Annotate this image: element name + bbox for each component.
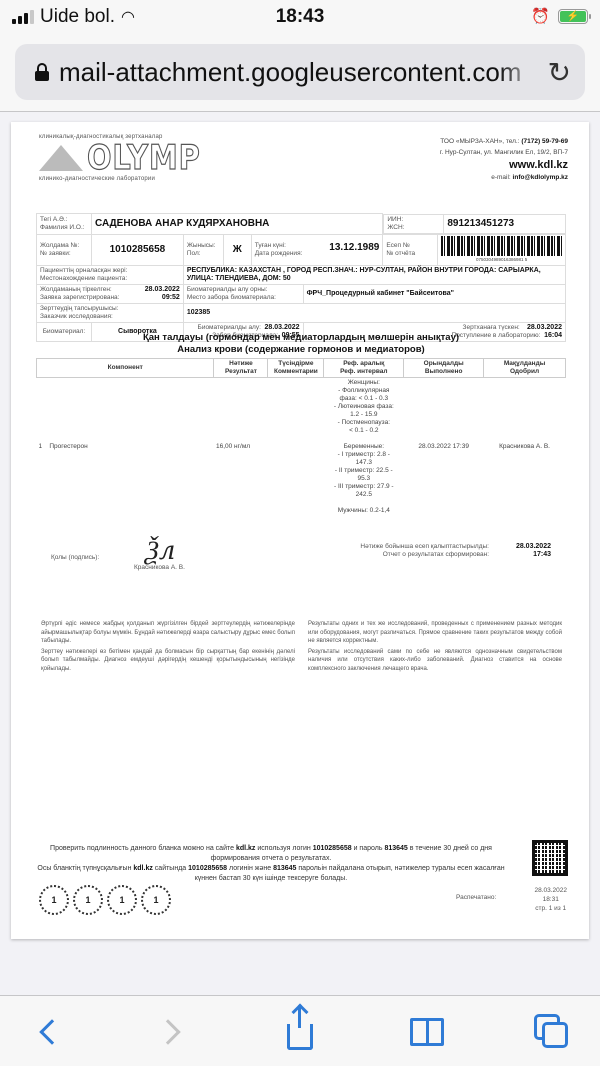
col-header-performed: ОрындалдыВыполнено [404,359,484,378]
reference-line: - III триместр: 27.9 - [326,483,402,491]
reference-line: 242.5 [326,491,402,499]
report-formed-date: 28.03.2022 [501,543,551,550]
certification-stamps: 1 1 1 1 [39,885,171,915]
battery-icon: ⚡ [558,9,588,24]
reference-line: - Лютеиновая фаза: [326,403,402,411]
reference-line: - Фолликулярная [326,387,402,395]
table-row: 1 Прогестерон 16,00 нг/мл Женщины:- Фолл… [37,378,566,517]
reference-line: Мужчины: 0.2-1,4 [326,507,402,515]
company-info: ТОО «МЫРЗА-ХАН», тел.: (7172) 59-79-69 г… [440,136,568,183]
reference-line: 147.3 [326,459,402,467]
registered-label-kz: Жолдаманың тіркелген: [40,286,112,293]
reference-line: Женщины: [326,379,402,387]
name-label-ru: Фамилия И.О.: [40,224,85,231]
chevron-left-icon [39,1019,64,1044]
analysis-title-kz: Қан талдауы (гормондар мен медиаторларды… [36,332,566,343]
collection-place: ФРЧ_Процедурный кабинет "Байсеитова" [303,284,565,303]
barcode-number: 0750304989016386981 5 [441,256,562,264]
reference-line: 1.2 - 15.9 [326,411,402,419]
reload-icon[interactable]: ↻ [548,56,571,89]
alarm-icon: ⏰ [531,7,550,25]
url-text[interactable]: mail-attachment.googleusercontent.com [59,57,538,88]
reference-line: - Постменопауза: [326,419,402,427]
customer-label-kz: Зерттеудің тапсырушысы: [40,305,118,312]
location-label-ru: Местонахождение пациента: [40,275,127,282]
verify-site-link-kz[interactable]: kdl.kz [133,865,152,872]
share-icon [287,1024,313,1050]
logo-triangle-icon [39,145,83,171]
signature-name: Красникова А. В. [134,564,185,571]
verification-text: Проверить подлинность данного бланка мож… [36,844,506,884]
disclaimer-kz-2: Зерттеу нәтижелері өз бетімен қандай да … [41,648,295,674]
collected-date: 28.03.2022 [265,324,300,331]
col-header-approved: МақұлдандыОдобрил [484,359,566,378]
printed-date: 28.03.2022 [534,886,567,895]
order-number: 1010285658 [91,234,183,265]
certification-stamp-icon: 1 [73,885,103,915]
lab-report-document: клиникалық-диагностикалық зертханалар OL… [11,122,589,939]
registered-label-ru: Заявка зарегистрирована: [40,294,119,301]
dob-label-kz: Туған күні: [255,242,286,249]
company-phone: (7172) 59-79-69 [521,138,568,145]
address-bar[interactable]: mail-attachment.googleusercontent.com ↻ [15,44,585,100]
tabs-icon [534,1014,570,1050]
collection-place-label-kz: Биоматериалды алу орны: [187,286,268,293]
email-label: e-mail: [491,174,511,181]
company-address: г. Нур-Султан, ул. Мангилик Ел, 19/2, ВП… [440,147,568,158]
reference-line: - II триместр: 22.5 - [326,467,402,475]
patient-sex: Ж [223,234,251,265]
sex-label-ru: Пол: [187,250,201,257]
certification-stamp-icon: 1 [141,885,171,915]
book-icon [410,1018,444,1046]
order-label-kz: Жолдама №: [40,242,79,249]
received-label-kz: Зертханаға түскен: [463,324,520,331]
verify-login: 1010285658 [313,845,352,852]
certification-stamp-icon: 1 [107,885,137,915]
registered-time: 09:52 [162,294,180,302]
iin-label-ru: ЖСН: [387,224,404,231]
result-comment [268,378,324,517]
report-formed-label-kz: Нәтиже бойынша есеп қалыптастырылды: [360,543,489,550]
order-label-ru: № заявки: [40,250,71,257]
disclaimer-kz-1: Әртүрлі әдіс немесе жабдық қолданып жүрг… [41,620,295,646]
clock: 18:43 [0,6,600,28]
dob-label-ru: Дата рождения: [255,250,303,257]
forward-button[interactable] [152,1012,192,1052]
registered-date: 28.03.2022 [145,286,180,294]
disclaimer-ru: Результаты одних и тех же исследований, … [308,620,562,675]
patient-iin: 891213451273 [444,214,565,233]
name-label-kz: Тегі А.Ә.: [40,216,68,223]
reference-line [326,499,402,507]
reference-line: < 0.1 - 0.2 [326,427,402,435]
bookmarks-button[interactable] [407,1012,447,1052]
location-label-kz: Пациенттің орналасқан жері: [40,267,127,274]
signature-image: Ѯл [146,536,175,566]
reference-line: Беременные: [326,443,402,451]
col-header-reference: Реф. аралықРеф. интервал [324,359,404,378]
disclaimer-kz: Әртүрлі әдіс немесе жабдық қолданып жүрг… [41,620,295,675]
signature-label: Қолы (подпись): [51,554,99,561]
sex-label-kz: Жынысы: [187,242,216,249]
customer-id: 102385 [183,303,565,322]
printed-time: 18:31 [534,895,567,904]
collection-place-label-ru: Место забора биоматериала: [187,294,276,301]
company-website[interactable]: www.kdl.kz [440,158,568,172]
reference-line: - I триместр: 2.8 - [326,451,402,459]
collected-label-kz: Биоматериалды алу: [198,324,261,331]
share-button[interactable] [280,1012,320,1052]
verify-password: 813645 [384,845,407,852]
approved-by: Красникова А. В. [484,378,566,517]
company-name: ТОО «МЫРЗА-ХАН», тел.: [440,138,519,145]
analysis-title-ru: Анализ крови (содержание гормонов и меди… [36,344,566,355]
col-header-result: НәтижеРезультат [214,359,268,378]
patient-dob: 13.12.1989 [329,244,379,252]
patient-name: САДЕНОВА АНАР КУДЯРХАНОВНА [91,214,382,235]
col-header-component: Компонент [37,359,214,378]
back-button[interactable] [28,1012,68,1052]
patient-info-table: Тегі А.Ә.:Фамилия И.О.: САДЕНОВА АНАР КУ… [36,213,566,342]
report-barcode [441,236,562,256]
report-no-label-ru: № отчёта [386,250,415,257]
logo-word: OLYMP [87,138,201,178]
report-formed-label-ru: Отчет о результатах сформирован: [360,551,489,558]
verify-site-link[interactable]: kdl.kz [236,845,255,852]
browser-toolbar [0,995,600,1066]
disclaimer-ru-1: Результаты одних и тех же исследований, … [308,620,562,646]
olymp-logo: клиникалық-диагностикалық зертханалар OL… [39,134,199,182]
chevron-right-icon [155,1019,180,1044]
report-no-label-kz: Есеп № [386,242,409,249]
company-email[interactable]: info@kdlolymp.kz [513,174,568,181]
component-name: Прогестерон [49,443,87,450]
performed-datetime: 28.03.2022 17:39 [404,378,484,517]
customer-label-ru: Заказчик исследования: [40,313,113,320]
tabs-button[interactable] [532,1012,572,1052]
iin-label-kz: ИИН: [387,216,403,223]
reference-line: фаза: < 0.1 - 0.3 [326,395,402,403]
report-formed: Нәтиже бойынша есеп қалыптастырылды:28.0… [360,543,551,558]
reference-interval: Женщины:- Фолликулярнаяфаза: < 0.1 - 0.3… [324,378,404,517]
printed-label: Распечатано: [456,894,496,901]
row-number: 1 [39,443,43,450]
patient-location: РЕСПУБЛИКА: КАЗАХСТАН , ГОРОД РЕСП.ЗНАЧ.… [183,265,565,284]
disclaimer-ru-2: Результаты исследований сами по себе не … [308,648,562,674]
reference-line [326,435,402,443]
reference-line: 95.3 [326,475,402,483]
certification-stamp-icon: 1 [39,885,69,915]
qr-code [532,840,568,876]
lock-icon [35,63,49,81]
page-counter: стр. 1 из 1 [534,904,567,913]
results-table: Компонент НәтижеРезультат ТүсіндірмеКомм… [36,358,566,516]
browser-address-area: mail-attachment.googleusercontent.com ↻ [0,36,600,112]
col-header-comment: ТүсіндірмеКомментарии [268,359,324,378]
status-bar: Uide bol. ◠ 18:43 ⏰ ⚡ [0,0,600,36]
result-value: 16,00 нг/мл [214,378,268,517]
received-date: 28.03.2022 [527,324,562,331]
printed-info: 28.03.2022 18:31 стр. 1 из 1 [534,886,567,913]
report-formed-time: 17:43 [501,551,551,558]
